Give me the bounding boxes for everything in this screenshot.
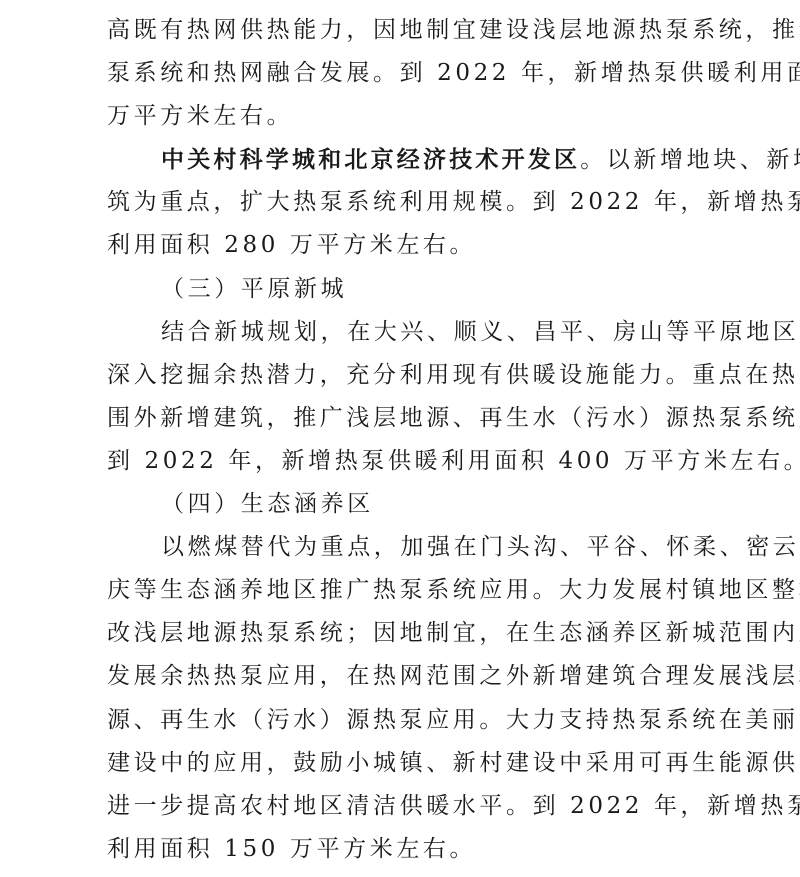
paragraph-line: 发展余热热泵应用，在热网范围之外新增建筑合理发展浅层地 (107, 655, 703, 698)
paragraph-line: 泵系统和热网融合发展。到 2022 年，新增热泵供暖利用面积 200 (107, 52, 703, 95)
paragraph-line: 改浅层地源热泵系统；因地制宜，在生态涵养区新城范围内重点 (107, 612, 703, 655)
section-heading: （三）平原新城 (107, 268, 703, 311)
paragraph-line: 结合新城规划，在大兴、顺义、昌平、房山等平原地区新城， (107, 311, 703, 354)
paragraph-line: 利用面积 280 万平方米左右。 (107, 224, 703, 267)
paragraph-line: 万平方米左右。 (107, 95, 703, 138)
paragraph-line: 以燃煤替代为重点，加强在门头沟、平谷、怀柔、密云、延 (107, 526, 703, 569)
paragraph-text: 。以新增地块、新增建 (580, 147, 800, 173)
paragraph-line: 深入挖掘余热潜力，充分利用现有供暖设施能力。重点在热网范 (107, 354, 703, 397)
paragraph-line: 利用面积 150 万平方米左右。 (107, 828, 703, 871)
paragraph-line: 到 2022 年，新增热泵供暖利用面积 400 万平方米左右。 (107, 440, 703, 483)
section-heading: （四）生态涵养区 (107, 483, 703, 526)
document-page: 高既有热网供热能力，因地制宜建设浅层地源热泵系统，推动热 泵系统和热网融合发展。… (107, 9, 703, 871)
paragraph-line: 进一步提高农村地区清洁供暖水平。到 2022 年，新增热泵供暖 (107, 785, 703, 828)
paragraph-line: 筑为重点，扩大热泵系统利用规模。到 2022 年，新增热泵供暖 (107, 181, 703, 224)
paragraph-first-line: 中关村科学城和北京经济技术开发区。以新增地块、新增建 (107, 138, 703, 181)
paragraph-line: 建设中的应用，鼓励小城镇、新村建设中采用可再生能源供暖， (107, 742, 703, 785)
bold-lead-text: 中关村科学城和北京经济技术开发区 (161, 146, 580, 173)
paragraph-line: 庆等生态涵养地区推广热泵系统应用。大力发展村镇地区整村煤 (107, 569, 703, 612)
paragraph-line: 围外新增建筑，推广浅层地源、再生水（污水）源热泵系统应用。 (107, 397, 703, 440)
paragraph-line: 高既有热网供热能力，因地制宜建设浅层地源热泵系统，推动热 (107, 9, 703, 52)
paragraph-line: 源、再生水（污水）源热泵应用。大力支持热泵系统在美丽乡村 (107, 699, 703, 742)
